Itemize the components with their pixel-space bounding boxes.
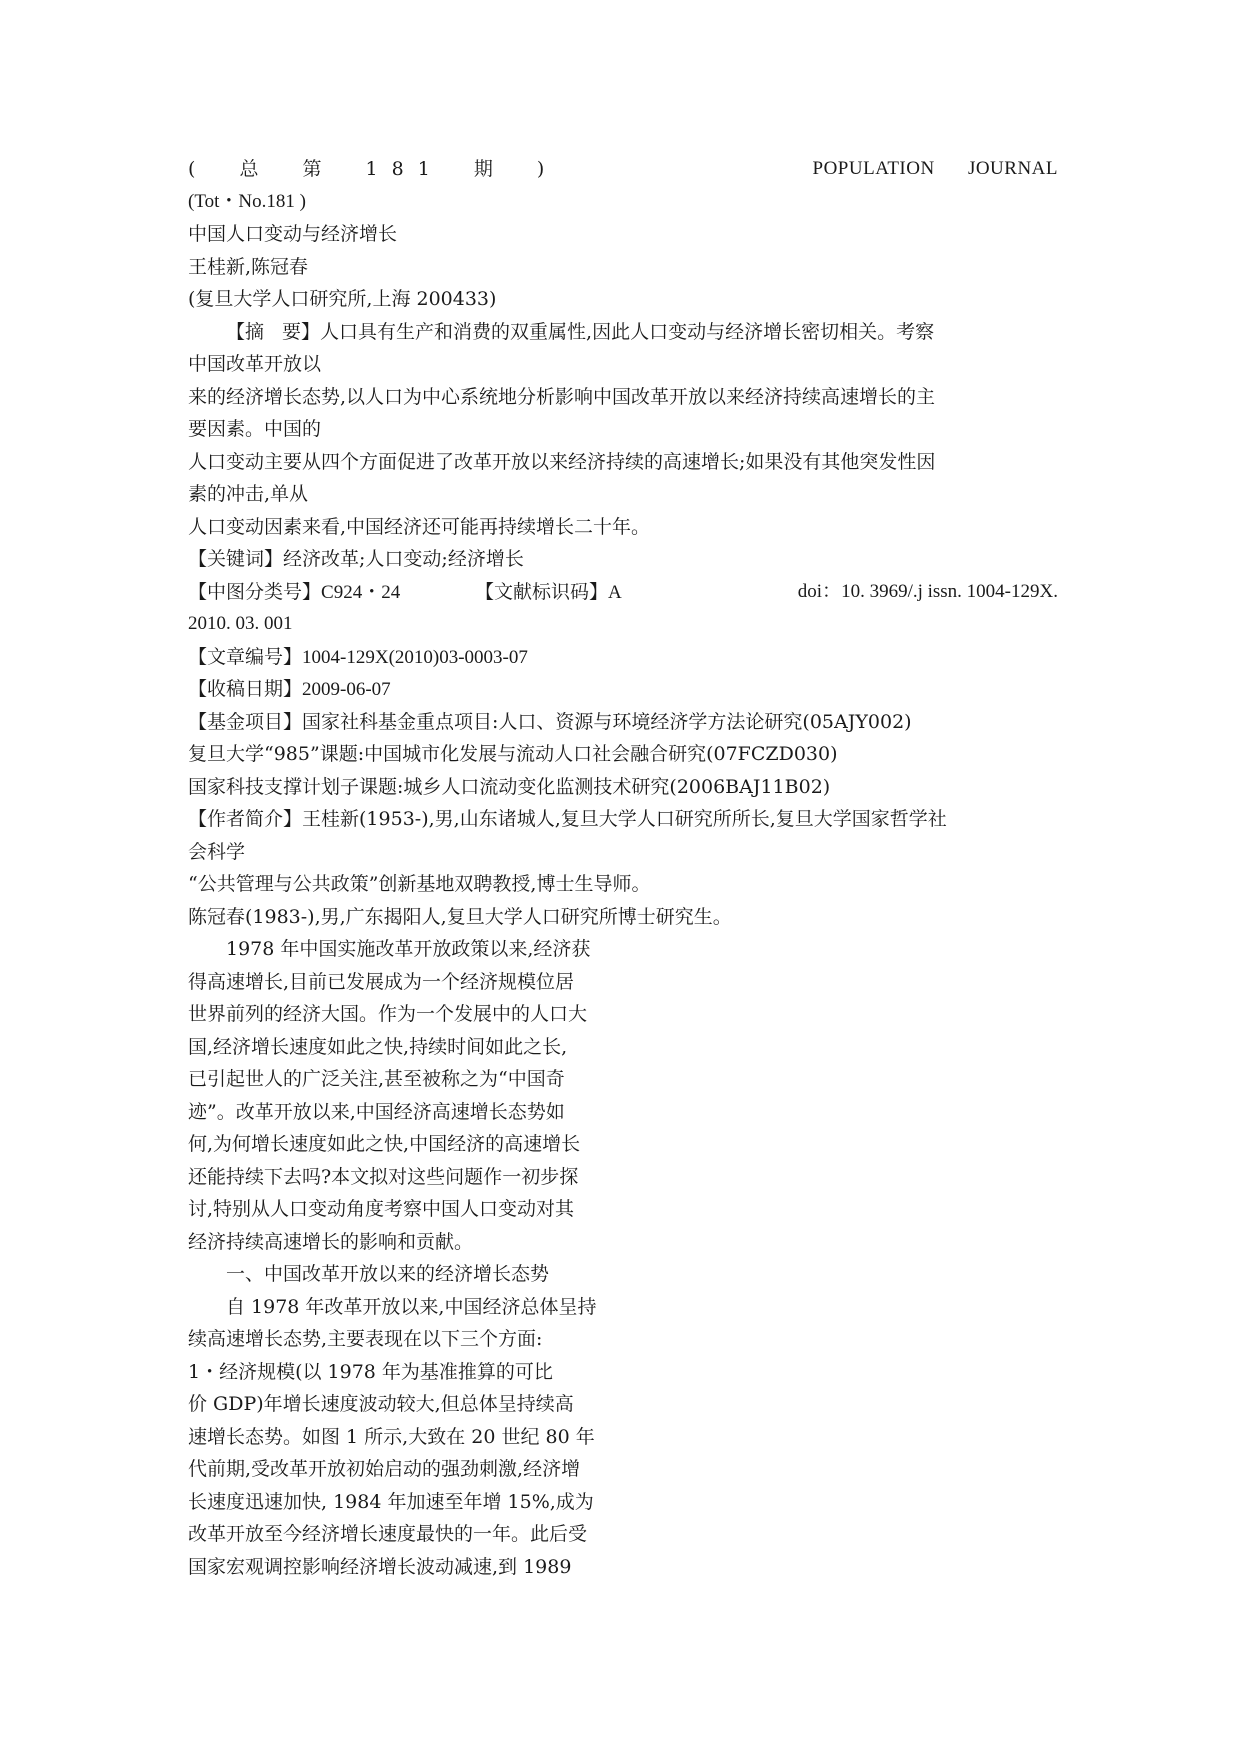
body-paragraph-line: 代前期,受改革开放初始启动的强劲刺激,经济增 (188, 1453, 648, 1486)
abstract-line-1: 【摘要】人口具有生产和消费的双重属性,因此人口变动与经济增长密切相关。考察 (188, 316, 1058, 349)
abstract-label-close: 要】 (282, 321, 320, 343)
abstract-line: 要因素。中国的 (188, 413, 1058, 446)
abstract-line: 来的经济增长态势,以人口为中心系统地分析影响中国改革开放以来经济持续高速增长的主 (188, 381, 1058, 414)
author-bio-line: “公共管理与公共政策”创新基地双聘教授,博士生导师。 (188, 868, 1058, 901)
keywords-label: 【关键词】 (188, 548, 283, 570)
doi-label: doi： (798, 581, 841, 602)
body-paragraph-line: 已引起世人的广泛关注,甚至被称之为“中国奇 (188, 1063, 648, 1096)
article-number-value: 1004-129X(2010)03-0003-07 (302, 647, 528, 668)
received-date-label: 【收稿日期】 (188, 678, 302, 700)
clc-value: C924・24 (321, 582, 400, 603)
classification-row: 【中图分类号】C924・24 【文献标识码】A doi：10. 3969/.j … (188, 576, 1058, 609)
body-paragraph-line: 国,经济增长速度如此之快,持续时间如此之长, (188, 1031, 648, 1064)
article-number-label: 【文章编号】 (188, 646, 302, 668)
fund-value: 国家社科基金重点项目:人口、资源与环境经济学方法论研究(05AJY002) (302, 711, 912, 733)
received-date: 【收稿日期】2009-06-07 (188, 673, 1058, 706)
author-bio-line: 【作者简介】王桂新(1953-),男,山东诸城人,复旦大学人口研究所所长,复旦大… (188, 803, 1058, 836)
body-paragraph-line: 何,为何增长速度如此之快,中国经济的高速增长 (188, 1128, 648, 1161)
body-paragraph-line: 速增长态势。如图 1 所示,大致在 20 世纪 80 年 (188, 1421, 648, 1454)
fund-line: 【基金项目】国家社科基金重点项目:人口、资源与环境经济学方法论研究(05AJY0… (188, 706, 1058, 739)
running-header: ( 总 第 181 期 ) POPULATION JOURNAL (188, 153, 1058, 186)
keywords-value: 经济改革;人口变动;经济增长 (283, 548, 524, 570)
fund-line: 国家科技支撑计划子课题:城乡人口流动变化监测技术研究(2006BAJ11B02) (188, 771, 1058, 804)
keywords: 【关键词】经济改革;人口变动;经济增长 (188, 543, 1058, 576)
body-paragraph-line: 经济持续高速增长的影响和贡献。 (188, 1226, 648, 1259)
body-paragraph-line: 自 1978 年改革开放以来,中国经济总体呈持 (188, 1291, 648, 1324)
body-paragraph-line: 还能持续下去吗?本文拟对这些问题作一初步探 (188, 1161, 648, 1194)
issue-number-en: (Tot・No.181 ) (188, 186, 1058, 219)
body-paragraph-line: 迹”。改革开放以来,中国经济高速增长态势如 (188, 1096, 648, 1129)
doc-code-label: 【文献标识码】 (475, 581, 608, 603)
author-bio-line: 陈冠春(1983-),男,广东揭阳人,复旦大学人口研究所博士研究生。 (188, 901, 1058, 934)
journal-name: POPULATION JOURNAL (813, 153, 1058, 186)
body-paragraph-line: 续高速增长态势,主要表现在以下三个方面: (188, 1323, 648, 1356)
section-heading: 一、中国改革开放以来的经济增长态势 (188, 1258, 648, 1291)
body-paragraph-line: 讨,特别从人口变动角度考察中国人口变动对其 (188, 1193, 648, 1226)
article-number: 【文章编号】1004-129X(2010)03-0003-07 (188, 641, 1058, 674)
article-authors: 王桂新,陈冠春 (188, 251, 1058, 284)
doi-value: 10. 3969/.j issn. 1004-129X. (841, 581, 1058, 602)
body-paragraph-line: 价 GDP)年增长速度波动较大,但总体呈持续高 (188, 1388, 648, 1421)
author-affiliation: (复旦大学人口研究所,上海 200433) (188, 283, 1058, 316)
abstract-line: 人口变动因素来看,中国经济还可能再持续增长二十年。 (188, 511, 1058, 544)
body-paragraph-line: 得高速增长,目前已发展成为一个经济规模位居 (188, 966, 648, 999)
document-page: ( 总 第 181 期 ) POPULATION JOURNAL (Tot・No… (188, 153, 1058, 1583)
received-date-value: 2009-06-07 (302, 679, 391, 700)
body-column: 1978 年中国实施改革开放政策以来,经济获 得高速增长,目前已发展成为一个经济… (188, 933, 648, 1583)
doi-field: doi：10. 3969/.j issn. 1004-129X. (770, 576, 1058, 609)
body-paragraph-line: 国家宏观调控影响经济增长波动减速,到 1989 (188, 1551, 648, 1584)
doi-continuation: 2010. 03. 001 (188, 608, 1058, 641)
body-paragraph-line: 1978 年中国实施改革开放政策以来,经济获 (188, 933, 648, 966)
abstract-text: 人口具有生产和消费的双重属性,因此人口变动与经济增长密切相关。考察 (320, 321, 934, 343)
author-bio-line: 会科学 (188, 836, 1058, 869)
issue-number-cn: ( 总 第 181 期 ) (188, 153, 558, 186)
body-paragraph-line: 改革开放至今经济增长速度最快的一年。此后受 (188, 1518, 648, 1551)
fund-line: 复旦大学“985”课题:中国城市化发展与流动人口社会融合研究(07FCZD030… (188, 738, 1058, 771)
doc-code-value: A (608, 582, 622, 603)
abstract-line: 人口变动主要从四个方面促进了改革开放以来经济持续的高速增长;如果没有其他突发性因 (188, 446, 1058, 479)
clc-field: 【中图分类号】C924・24 (188, 576, 475, 609)
body-paragraph-line: 世界前列的经济大国。作为一个发展中的人口大 (188, 998, 648, 1031)
abstract-label-open: 【摘 (226, 321, 264, 343)
fund-label: 【基金项目】 (188, 711, 302, 733)
clc-label: 【中图分类号】 (188, 581, 321, 603)
article-title: 中国人口变动与经济增长 (188, 218, 1058, 251)
body-paragraph-line: 长速度迅速加快, 1984 年加速至年增 15%,成为 (188, 1486, 648, 1519)
abstract-line: 素的冲击,单从 (188, 478, 1058, 511)
body-paragraph-line: 1・经济规模(以 1978 年为基准推算的可比 (188, 1356, 648, 1389)
doc-code-field: 【文献标识码】A (475, 576, 770, 609)
abstract-line: 中国改革开放以 (188, 348, 1058, 381)
author-bio-label: 【作者简介】 (188, 808, 302, 830)
author-bio-value: 王桂新(1953-),男,山东诸城人,复旦大学人口研究所所长,复旦大学国家哲学社 (302, 808, 947, 830)
